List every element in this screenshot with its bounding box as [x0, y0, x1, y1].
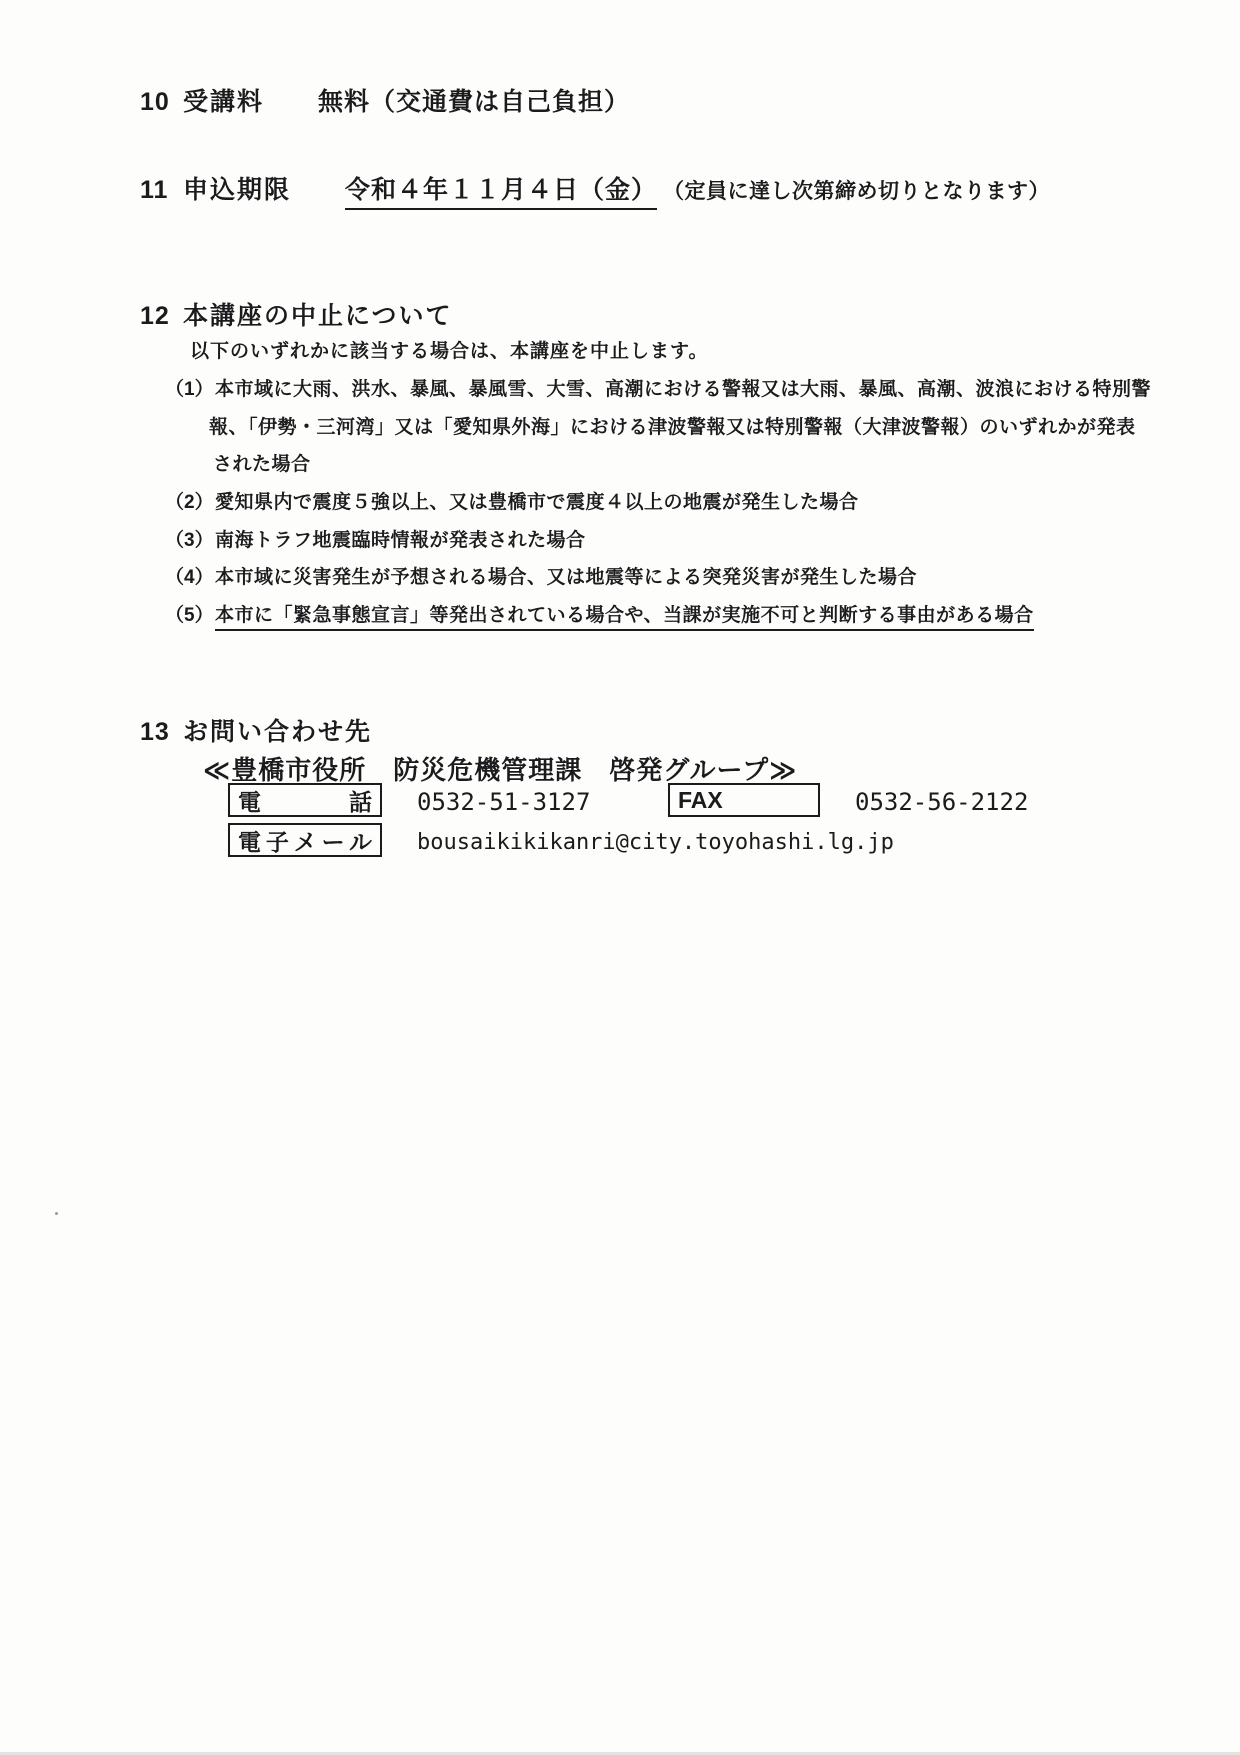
section-10-value: 無料（交通費は自己負担）: [318, 82, 630, 118]
cancel-item-1-text-3: された場合: [213, 449, 311, 476]
phone-number: 0532-51-3127: [417, 788, 590, 816]
section-13-number: 13: [140, 718, 183, 747]
cancel-item-1-line-3: された場合: [213, 449, 311, 476]
cancel-item-2: （2） 愛知県内で震度５強以上、又は豊橋市で震度４以上の地震が発生した場合: [165, 487, 859, 514]
section-10-number: 10: [140, 88, 183, 117]
fax-label-box: FAX: [668, 783, 820, 817]
cancel-item-4-text: 本市域に災害発生が予想される場合、又は地震等による突発災害が発生した場合: [215, 562, 917, 589]
section-13-title: お問い合わせ先: [183, 712, 372, 748]
section-12-number: 12: [140, 302, 183, 331]
phone-label: 電話: [238, 784, 372, 817]
section-11-note: （定員に達し次第締め切りとなります）: [663, 175, 1050, 205]
section-10-fee: 10 受講料 無料（交通費は自己負担）: [140, 82, 630, 118]
cancel-item-3: （3） 南海トラフ地震臨時情報が発表された場合: [165, 525, 586, 552]
cancel-item-4-marker: （4）: [165, 562, 215, 589]
contact-office-name: ≪豊橋市役所 防災危機管理課 啓発グループ≫: [203, 750, 797, 787]
cancel-item-4: （4） 本市域に災害発生が予想される場合、又は地震等による突発災害が発生した場合: [165, 562, 917, 589]
cancel-item-1-line-1: （1） 本市域に大雨、洪水、暴風、暴風雪、大雪、高潮における警報又は大雨、暴風、…: [165, 374, 1151, 401]
cancel-item-3-text: 南海トラフ地震臨時情報が発表された場合: [215, 525, 586, 552]
section-11-number: 11: [140, 176, 183, 205]
cancel-item-5: （5） 本市に「緊急事態宣言」等発出されている場合や、当課が実施不可と判断する事…: [165, 600, 1034, 631]
scan-artifact-dot: [55, 1212, 58, 1215]
scanned-document-page: 10 受講料 無料（交通費は自己負担） 11 申込期限 令和４年１１月４日（金）…: [0, 0, 1240, 1755]
email-label-box: 電子メール: [228, 823, 382, 857]
cancel-item-5-marker: （5）: [165, 600, 215, 627]
email-label: 電子メール: [238, 824, 372, 857]
cancel-item-1-marker: （1）: [165, 374, 215, 401]
section-11-label: 申込期限: [183, 170, 345, 206]
section-13-heading: 13 お問い合わせ先: [140, 712, 372, 748]
cancel-item-1-text-1: 本市域に大雨、洪水、暴風、暴風雪、大雪、高潮における警報又は大雨、暴風、高潮、波…: [215, 374, 1151, 401]
cancel-item-1-text-2: 報、「伊勢・三河湾」又は「愛知県外海」における津波警報又は特別警報（大津波警報）…: [209, 412, 1136, 439]
section-10-label: 受講料: [183, 82, 318, 118]
section-11-date: 令和４年１１月４日（金）: [345, 170, 657, 210]
section-11-deadline: 11 申込期限 令和４年１１月４日（金） （定員に達し次第締め切りとなります）: [140, 170, 1050, 210]
section-12-title: 本講座の中止について: [183, 296, 453, 332]
fax-number: 0532-56-2122: [855, 788, 1028, 816]
section-12-heading: 12 本講座の中止について: [140, 296, 453, 332]
cancel-item-5-text: 本市に「緊急事態宣言」等発出されている場合や、当課が実施不可と判断する事由がある…: [215, 600, 1034, 631]
phone-label-box: 電話: [228, 783, 382, 817]
cancel-item-2-marker: （2）: [165, 487, 215, 514]
section-12-intro: 以下のいずれかに該当する場合は、本講座を中止します。: [190, 336, 708, 363]
cancel-item-2-text: 愛知県内で震度５強以上、又は豊橋市で震度４以上の地震が発生した場合: [215, 487, 859, 514]
fax-label: FAX: [678, 787, 810, 814]
cancel-item-3-marker: （3）: [165, 525, 215, 552]
email-address: bousaikikikanri@city.toyohashi.lg.jp: [417, 830, 894, 855]
cancel-item-1-line-2: 報、「伊勢・三河湾」又は「愛知県外海」における津波警報又は特別警報（大津波警報）…: [209, 412, 1136, 439]
